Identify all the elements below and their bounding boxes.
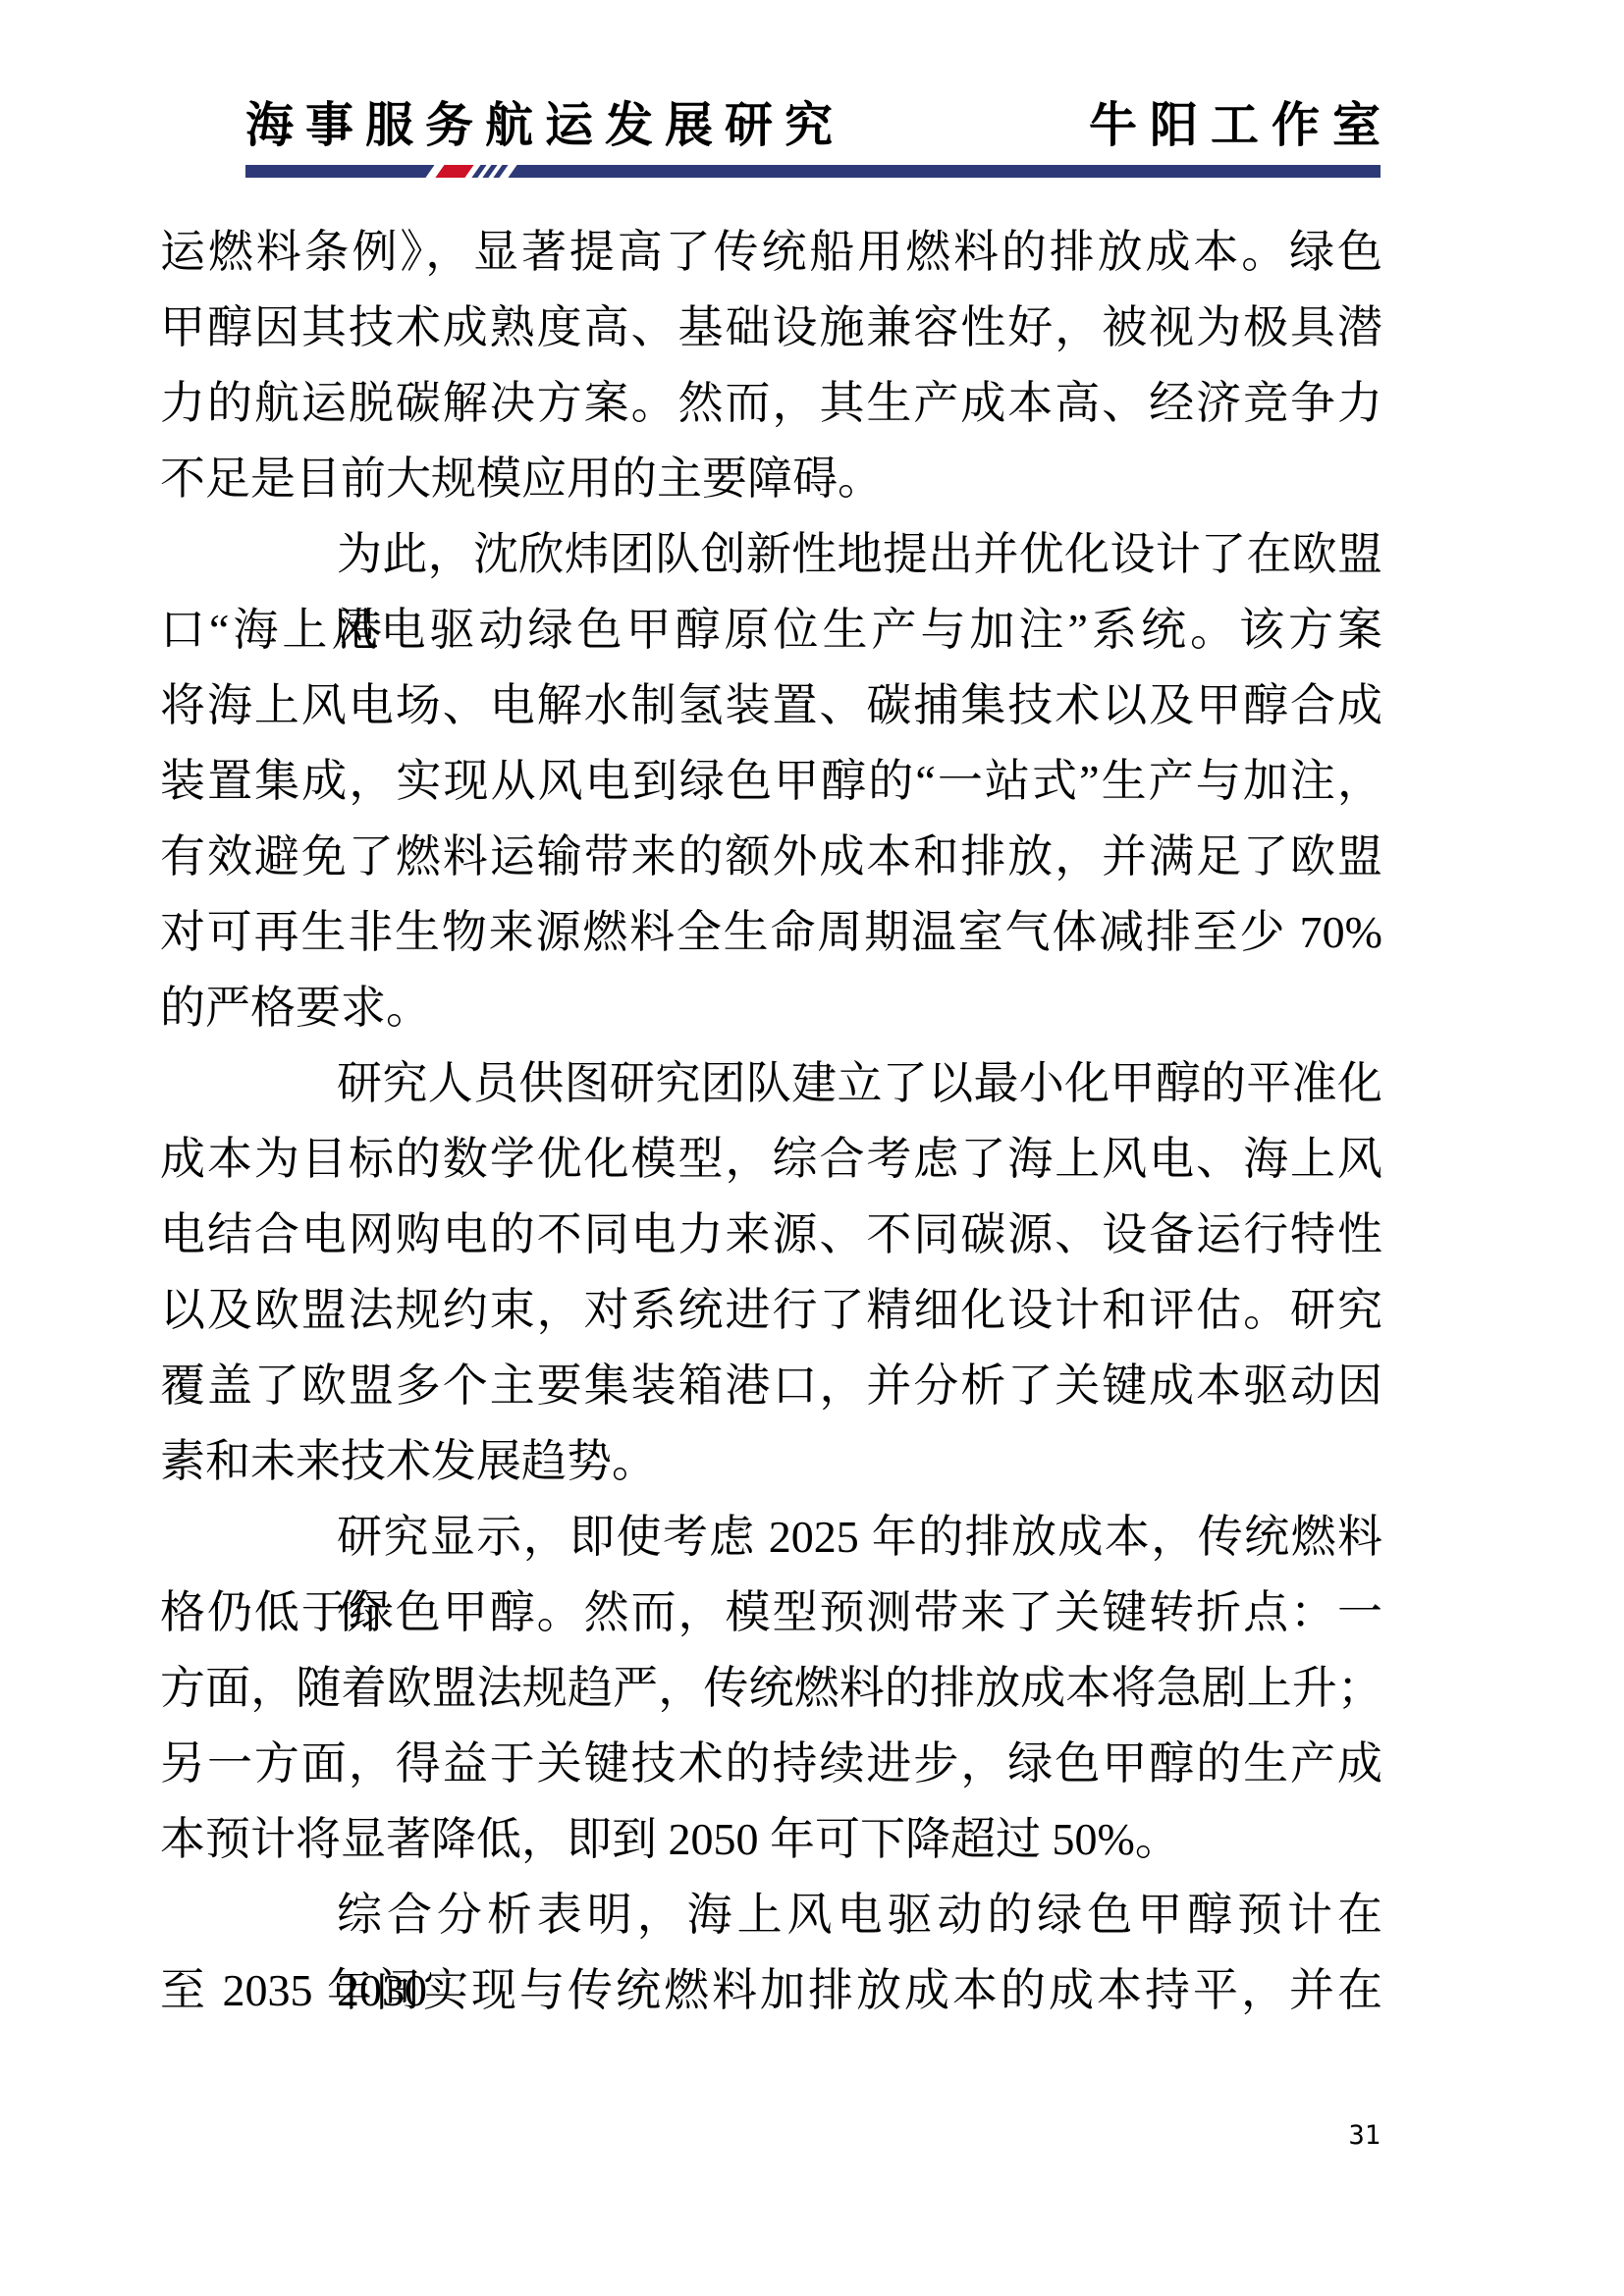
text-line: 本预计将显著降低，即到 2050 年可下降超过 50%。 — [160, 1801, 1382, 1877]
header-right-title: 牛阳工作室 — [1089, 98, 1393, 153]
text-line: 有效避免了燃料运输带来的额外成本和排放，并满足了欧盟 — [160, 819, 1382, 894]
text-line: 不足是目前大规模应用的主要障碍。 — [160, 441, 1382, 516]
text-line: 另一方面，得益于关键技术的持续进步，绿色甲醇的生产成 — [160, 1726, 1382, 1801]
text-line: 覆盖了欧盟多个主要集装箱港口，并分析了关键成本驱动因 — [160, 1348, 1382, 1423]
text-line: 素和未来技术发展趋势。 — [160, 1423, 1382, 1499]
document-page: 海事服务航运发展研究 牛阳工作室 运燃料条例》，显著提高了传统船用燃料的排放成本… — [0, 0, 1624, 2296]
text-line: 运燃料条例》，显著提高了传统船用燃料的排放成本。绿色 — [160, 214, 1382, 290]
page-number: 31 — [1348, 2120, 1380, 2152]
header-rule-accent — [425, 165, 516, 178]
header-rule — [245, 165, 1380, 178]
text-line: 格仍低于绿色甲醇。然而，模型预测带来了关键转折点：一 — [160, 1575, 1382, 1650]
text-line: 电结合电网购电的不同电力来源、不同碳源、设备运行特性 — [160, 1197, 1382, 1272]
text-line: 综合分析表明，海上风电驱动的绿色甲醇预计在 2030 — [160, 1877, 1382, 1952]
header-left-title: 海事服务航运发展研究 — [245, 98, 844, 153]
text-line: 为此，沈欣炜团队创新性地提出并优化设计了在欧盟港 — [160, 516, 1382, 592]
text-line: 成本为目标的数学优化模型，综合考虑了海上风电、海上风 — [160, 1121, 1382, 1197]
text-line: 将海上风电场、电解水制氢装置、碳捕集技术以及甲醇合成 — [160, 667, 1382, 743]
text-line: 以及欧盟法规约束，对系统进行了精细化设计和评估。研究 — [160, 1272, 1382, 1348]
text-line: 研究人员供图研究团队建立了以最小化甲醇的平准化 — [160, 1045, 1382, 1121]
text-line: 力的航运脱碳解决方案。然而，其生产成本高、经济竞争力 — [160, 365, 1382, 441]
text-line: 装置集成，实现从风电到绿色甲醇的“一站式”生产与加注， — [160, 743, 1382, 819]
text-line: 方面，随着欧盟法规趋严，传统燃料的排放成本将急剧上升； — [160, 1650, 1382, 1726]
header-band: 海事服务航运发展研究 牛阳工作室 — [245, 98, 1380, 153]
text-line: 的严格要求。 — [160, 970, 1382, 1045]
text-line: 研究显示，即使考虑 2025 年的排放成本，传统燃料价 — [160, 1499, 1382, 1575]
text-line: 对可再生非生物来源燃料全生命周期温室气体减排至少 70% — [160, 894, 1382, 970]
text-line: 口“海上风电驱动绿色甲醇原位生产与加注”系统。该方案 — [160, 592, 1382, 667]
text-line: 甲醇因其技术成熟度高、基础设施兼容性好，被视为极具潜 — [160, 290, 1382, 365]
article-body: 运燃料条例》，显著提高了传统船用燃料的排放成本。绿色甲醇因其技术成熟度高、基础设… — [160, 214, 1382, 2028]
text-line: 至 2035 年间实现与传统燃料加排放成本的成本持平，并在 — [160, 1952, 1382, 2028]
